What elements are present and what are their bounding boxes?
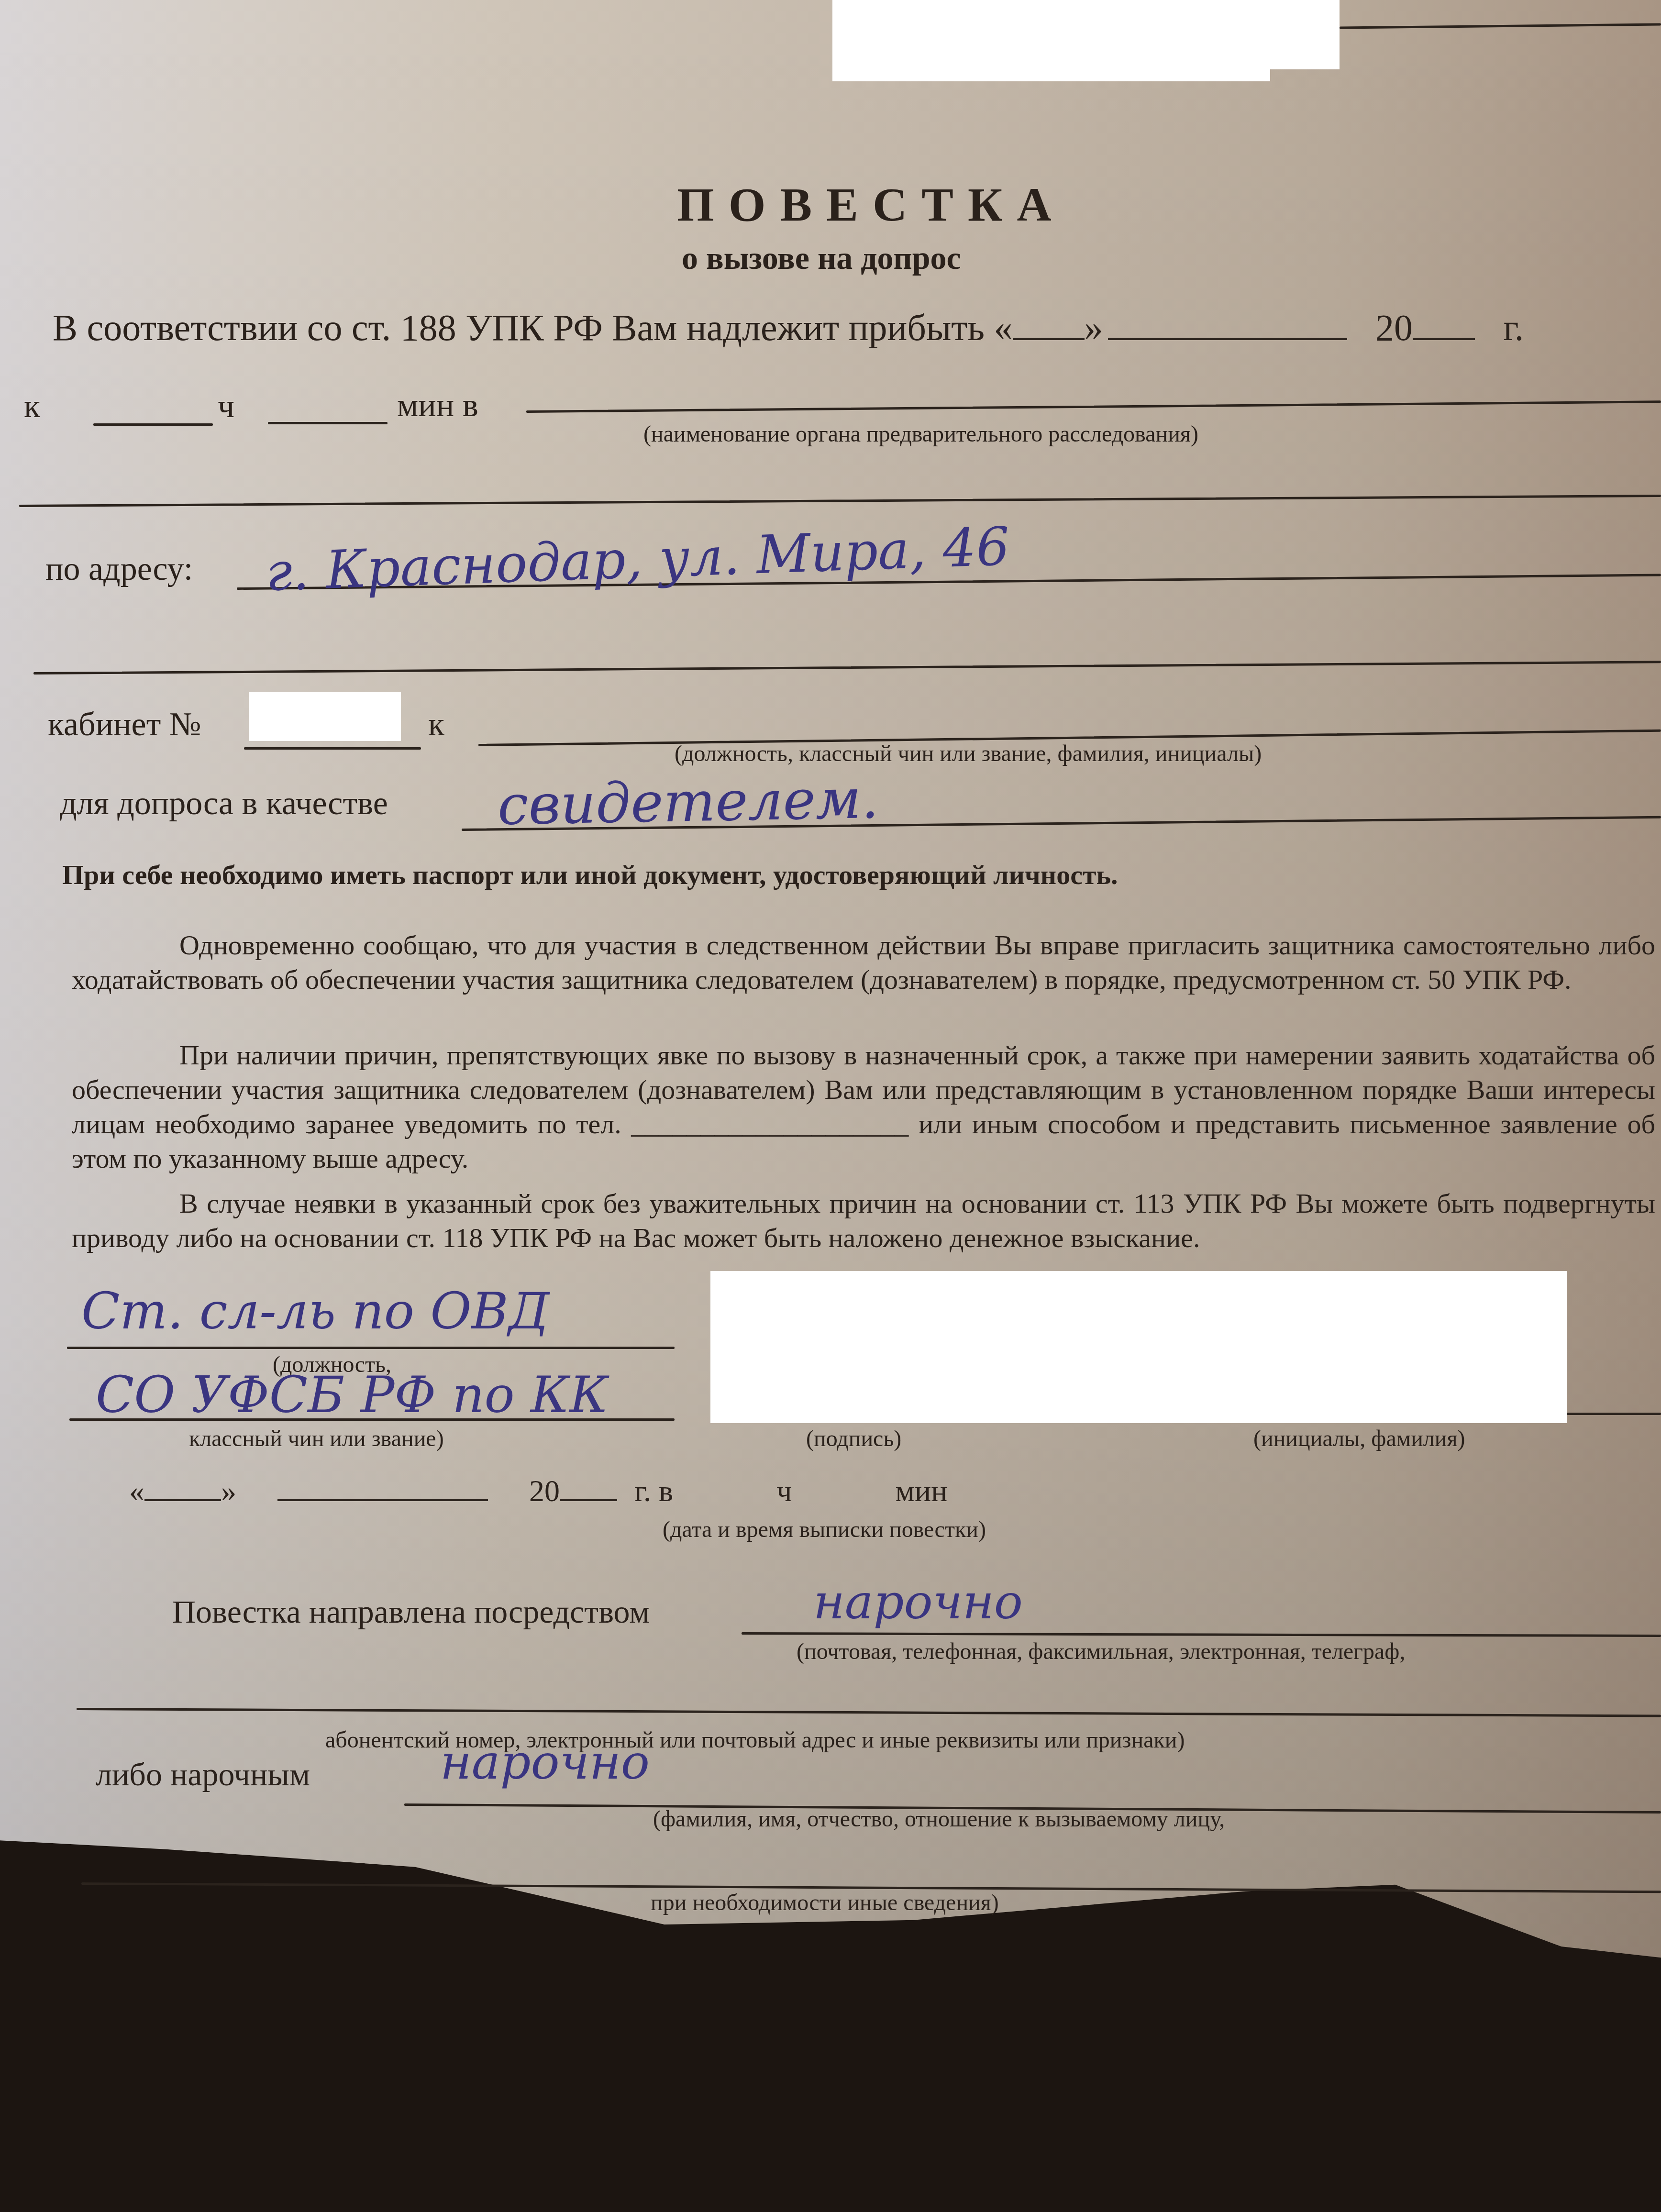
courier-value[interactable]: нарочно	[440, 1734, 650, 1790]
cabinet-field[interactable]	[244, 747, 421, 750]
courier-label: либо нарочным	[96, 1756, 310, 1793]
issue-hint: (дата и время выписки повестки)	[663, 1516, 986, 1543]
organ-hint: (наименование органа предварительного ра…	[643, 421, 1198, 447]
redaction-top-lower	[832, 67, 1270, 81]
official-hint: (должность, классный чин или звание, фам…	[675, 741, 1262, 767]
signer-position-value[interactable]: Ст. сл-ль по ОВД	[81, 1282, 549, 1340]
capacity-label: для допроса в качестве	[60, 785, 388, 823]
minute-field[interactable]	[268, 422, 388, 424]
time-min-label: мин в	[397, 387, 478, 425]
issue-month-field[interactable]	[277, 1499, 488, 1501]
capacity-value[interactable]: свидетелем.	[497, 767, 879, 838]
signer-rank-value[interactable]: СО УФСБ РФ по КК	[96, 1366, 609, 1424]
address-label: по адресу:	[45, 550, 193, 588]
issue-open-quote: «	[129, 1474, 144, 1508]
arrival-year-prefix: 20	[1375, 307, 1413, 348]
paragraph-penalty: В случае неявки в указанный срок без ува…	[72, 1186, 1655, 1255]
redaction-top	[832, 0, 1340, 69]
courier-hint-2: при необходимости иные сведения)	[651, 1890, 999, 1916]
hour-field[interactable]	[93, 423, 213, 426]
issue-g-v: г. в	[634, 1474, 673, 1508]
arrival-day-field[interactable]	[1013, 338, 1085, 340]
document-title: ПОВЕСТКА	[677, 177, 1066, 232]
arrival-year-suffix: г.	[1504, 307, 1524, 348]
time-k: к	[24, 387, 40, 426]
bring-documents-notice: При себе необходимо иметь паспорт или ин…	[62, 859, 1118, 891]
cabinet-k: к	[428, 706, 444, 744]
time-hour-label: ч	[218, 387, 234, 426]
initials-field[interactable]	[1567, 1413, 1661, 1415]
arrival-prefix: В соответствии со ст. 188 УПК РФ Вам над…	[53, 307, 1013, 348]
initials-hint: (инициалы, фамилия)	[1253, 1426, 1465, 1452]
issue-year-prefix: 20	[529, 1474, 560, 1508]
paragraph-defender: Одновременно сообщаю, что для участия в …	[72, 928, 1655, 997]
document-subtitle: о вызове на допрос	[682, 239, 961, 277]
arrival-year-field[interactable]	[1413, 338, 1475, 340]
issue-year-field[interactable]	[560, 1499, 617, 1501]
courier-hint: (фамилия, имя, отчество, отношение к выз…	[653, 1806, 1225, 1832]
cabinet-label: кабинет №	[48, 706, 201, 744]
redaction-cabinet	[249, 692, 401, 741]
issue-hour-label: ч	[776, 1474, 792, 1508]
signer-rank-hint: классный чин или звание)	[189, 1426, 444, 1452]
issue-date-line: «» 20 г. в ч мин	[129, 1473, 947, 1509]
sent-via-label: Повестка направлена посредством	[172, 1593, 650, 1631]
sent-via-hint: (почтовая, телефонная, факсимильная, эле…	[797, 1638, 1405, 1665]
paragraph-notify: При наличии причин, препятствующих явке …	[72, 1038, 1655, 1176]
arrival-month-field[interactable]	[1108, 338, 1347, 340]
arrival-line-text: В соответствии со ст. 188 УПК РФ Вам над…	[53, 306, 1524, 349]
arrival-close-quote: »	[1085, 307, 1103, 348]
issue-min-label: мин	[895, 1474, 947, 1508]
issue-day-field[interactable]	[144, 1499, 221, 1501]
signer-position-field[interactable]	[67, 1347, 675, 1349]
sent-via-value[interactable]: нарочно	[813, 1574, 1023, 1630]
issue-close-quote: »	[221, 1474, 236, 1508]
signature-hint: (подпись)	[806, 1426, 901, 1452]
redaction-signature	[710, 1271, 1567, 1423]
